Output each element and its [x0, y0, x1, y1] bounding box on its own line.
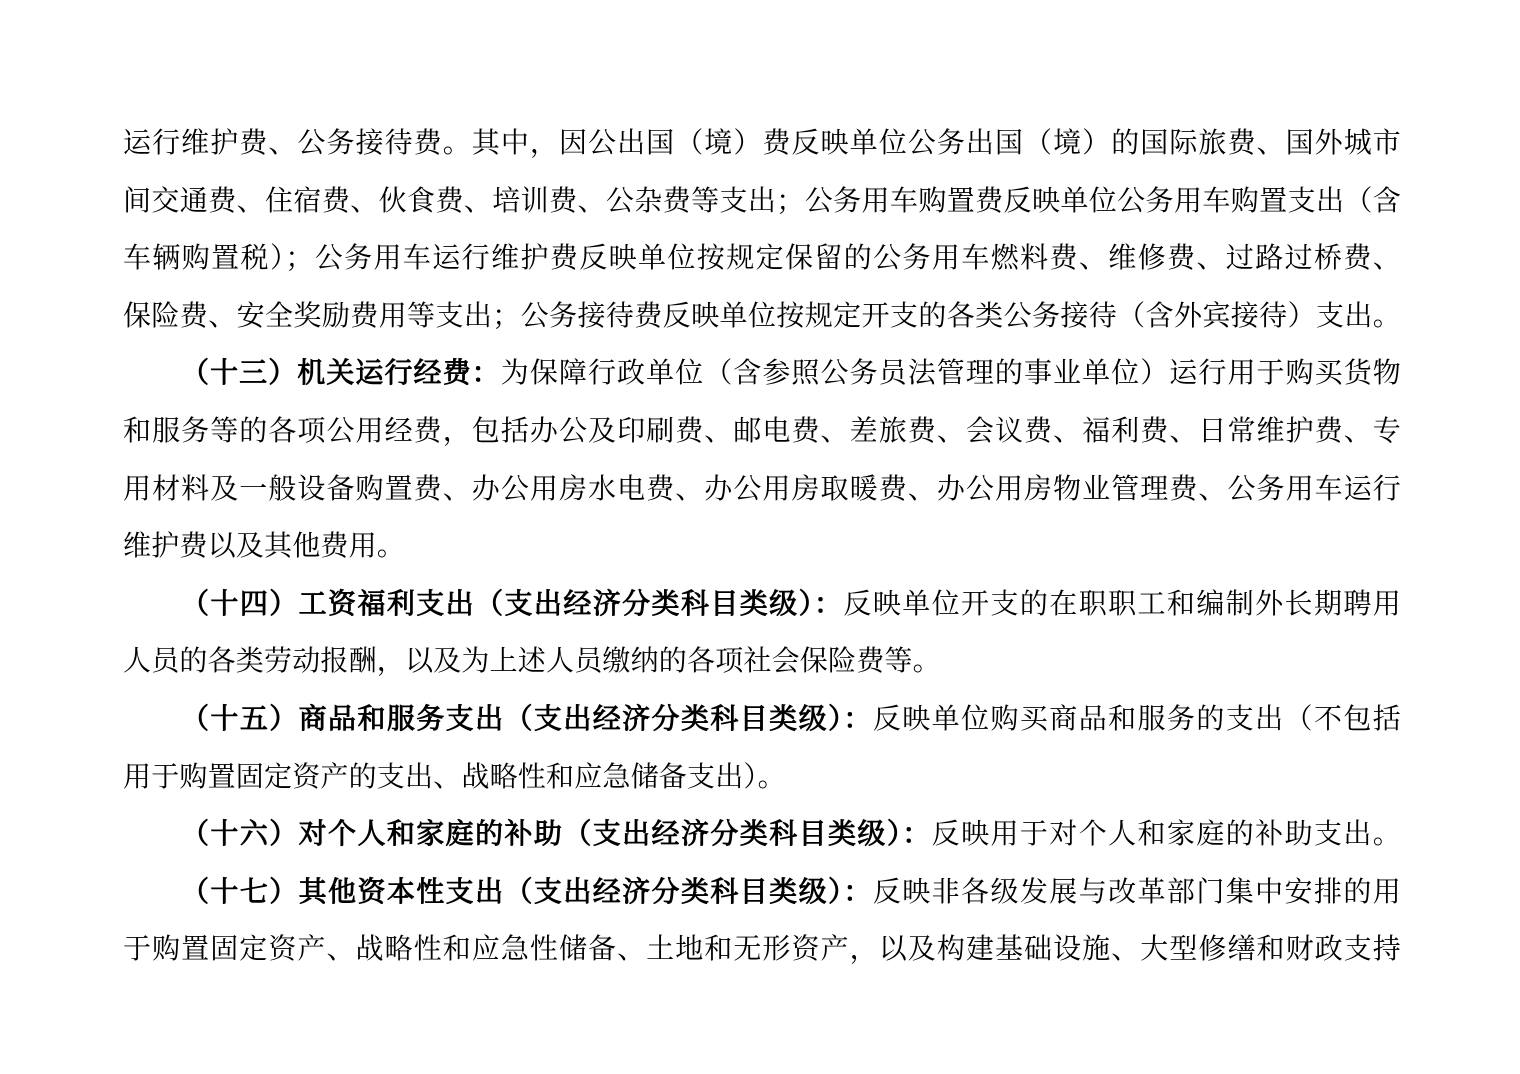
paragraph-text-run: 人员的各类劳动报酬，以及为上述人员缴纳的各项社会保险费等。 — [123, 646, 941, 677]
paragraph-text-run: 车辆购置税）；公务用车运行维护费反映单位按规定保留的公务用车燃料费、维修费、过路… — [123, 243, 1401, 274]
text-line: 间交通费、住宿费、伙食费、培训费、公杂费等支出；公务用车购置费反映单位公务用车购… — [123, 173, 1401, 231]
paragraph-heading-run: （十四）工资福利支出（支出经济分类科目类级）： — [181, 589, 843, 620]
paragraph-text-run: 反映单位开支的在职职工和编制外长期聘用 — [843, 589, 1401, 620]
text-line: 车辆购置税）；公务用车运行维护费反映单位按规定保留的公务用车燃料费、维修费、过路… — [123, 230, 1401, 288]
paragraph-text-run: 反映非各级发展与改革部门集中安排的用 — [873, 877, 1401, 908]
text-line: 运行维护费、公务接待费。其中，因公出国（境）费反映单位公务出国（境）的国际旅费、… — [123, 115, 1401, 173]
document-page: 运行维护费、公务接待费。其中，因公出国（境）费反映单位公务出国（境）的国际旅费、… — [0, 0, 1520, 1074]
para-17-qita-zibenxing-zhichu: （十七）其他资本性支出（支出经济分类科目类级）：反映非各级发展与改革部门集中安排… — [123, 864, 1401, 979]
text-line: （十六）对个人和家庭的补助（支出经济分类科目类级）：反映用于对个人和家庭的补助支… — [123, 806, 1401, 864]
para-15-shangpin-fuwu-zhichu: （十五）商品和服务支出（支出经济分类科目类级）：反映单位购买商品和服务的支出（不… — [123, 691, 1401, 806]
paragraph-text-run: 于购置固定资产、战略性和应急性储备、土地和无形资产，以及构建基础设施、大型修缮和… — [123, 934, 1401, 965]
paragraph-text-run: 用材料及一般设备购置费、办公用房水电费、办公用房取暖费、办公用房物业管理费、公务… — [123, 474, 1401, 505]
text-line: （十五）商品和服务支出（支出经济分类科目类级）：反映单位购买商品和服务的支出（不… — [123, 691, 1401, 749]
paragraph-heading-run: （十五）商品和服务支出（支出经济分类科目类级）： — [181, 704, 873, 735]
text-line: 和服务等的各项公用经费，包括办公及印刷费、邮电费、差旅费、会议费、福利费、日常维… — [123, 403, 1401, 461]
para-sangong-expense-continuation: 运行维护费、公务接待费。其中，因公出国（境）费反映单位公务出国（境）的国际旅费、… — [123, 115, 1401, 345]
paragraph-heading-run: （十七）其他资本性支出（支出经济分类科目类级）： — [181, 877, 873, 908]
paragraph-text-run: 维护费以及其他费用。 — [123, 531, 405, 562]
paragraph-text-run: 运行维护费、公务接待费。其中，因公出国（境）费反映单位公务出国（境）的国际旅费、… — [123, 128, 1401, 159]
paragraph-text-run: 为保障行政单位（含参照公务员法管理的事业单位）运行用于购买货物 — [501, 358, 1401, 389]
text-line: 人员的各类劳动报酬，以及为上述人员缴纳的各项社会保险费等。 — [123, 633, 1401, 691]
paragraph-heading-run: （十六）对个人和家庭的补助（支出经济分类科目类级）： — [181, 819, 932, 850]
paragraph-text-run: 和服务等的各项公用经费，包括办公及印刷费、邮电费、差旅费、会议费、福利费、日常维… — [123, 416, 1401, 447]
paragraph-heading-run: （十三）机关运行经费： — [181, 358, 501, 389]
document-body: 运行维护费、公务接待费。其中，因公出国（境）费反映单位公务出国（境）的国际旅费、… — [123, 115, 1401, 979]
text-line: 于购置固定资产、战略性和应急性储备、土地和无形资产，以及构建基础设施、大型修缮和… — [123, 921, 1401, 979]
text-line: 用材料及一般设备购置费、办公用房水电费、办公用房取暖费、办公用房物业管理费、公务… — [123, 461, 1401, 519]
text-line: （十三）机关运行经费：为保障行政单位（含参照公务员法管理的事业单位）运行用于购买… — [123, 345, 1401, 403]
text-line: 维护费以及其他费用。 — [123, 518, 1401, 576]
para-16-geren-jiating-buzhu: （十六）对个人和家庭的补助（支出经济分类科目类级）：反映用于对个人和家庭的补助支… — [123, 806, 1401, 864]
para-14-gongzi-fuli-zhichu: （十四）工资福利支出（支出经济分类科目类级）：反映单位开支的在职职工和编制外长期… — [123, 576, 1401, 691]
text-line: 保险费、安全奖励费用等支出；公务接待费反映单位按规定开支的各类公务接待（含外宾接… — [123, 288, 1401, 346]
text-line: （十四）工资福利支出（支出经济分类科目类级）：反映单位开支的在职职工和编制外长期… — [123, 576, 1401, 634]
paragraph-text-run: 反映用于对个人和家庭的补助支出。 — [932, 819, 1401, 850]
paragraph-text-run: 保险费、安全奖励费用等支出；公务接待费反映单位按规定开支的各类公务接待（含外宾接… — [123, 301, 1401, 332]
paragraph-text-run: 用于购置固定资产的支出、战略性和应急储备支出）。 — [123, 762, 786, 793]
text-line: （十七）其他资本性支出（支出经济分类科目类级）：反映非各级发展与改革部门集中安排… — [123, 864, 1401, 922]
text-line: 用于购置固定资产的支出、战略性和应急储备支出）。 — [123, 749, 1401, 807]
paragraph-text-run: 反映单位购买商品和服务的支出（不包括 — [873, 704, 1401, 735]
paragraph-text-run: 间交通费、住宿费、伙食费、培训费、公杂费等支出；公务用车购置费反映单位公务用车购… — [123, 186, 1401, 217]
para-13-jiguan-yunxing-jingfei: （十三）机关运行经费：为保障行政单位（含参照公务员法管理的事业单位）运行用于购买… — [123, 345, 1401, 575]
